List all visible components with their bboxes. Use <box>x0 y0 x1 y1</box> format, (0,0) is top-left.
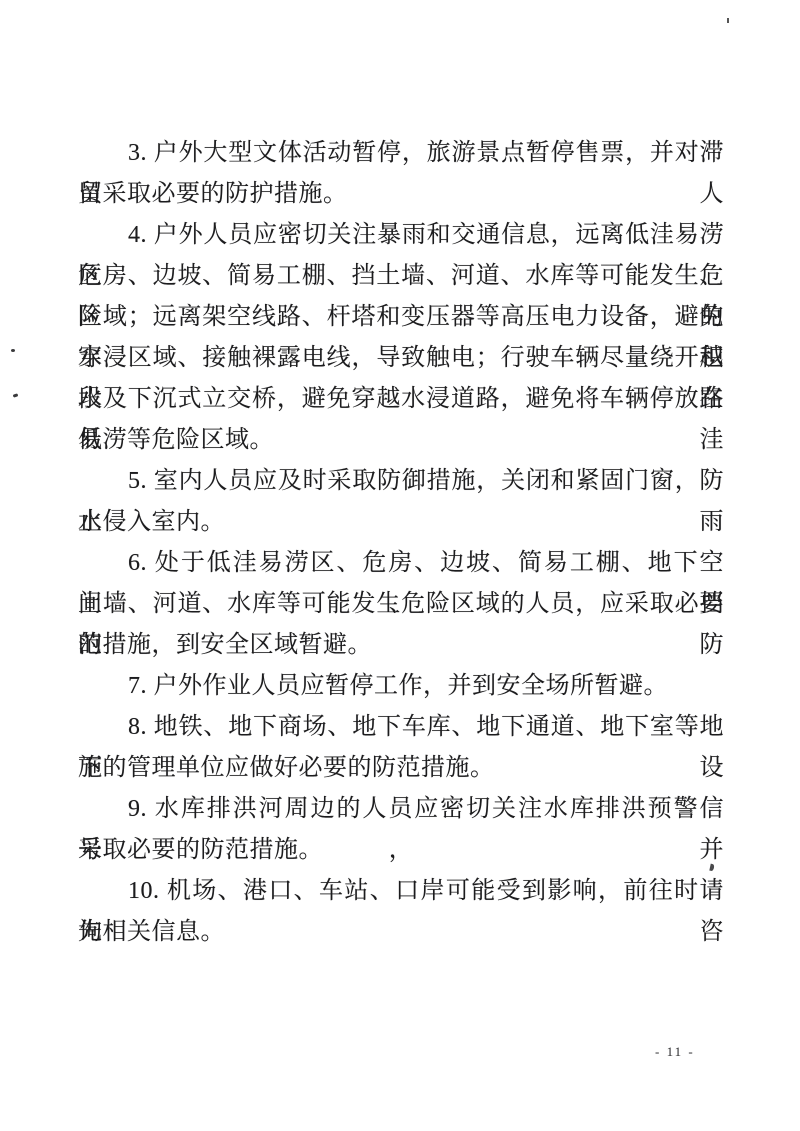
document-body: 3. 户外大型文体活动暂停，旅游景点暂停售票，并对滞留人员采取必要的防护措施。4… <box>78 133 724 953</box>
text-line: 危房、边坡、简易工棚、挡土墙、河道、水库等可能发生危险的 <box>78 256 724 297</box>
text-line: 9. 水库排洪河周边的人员应密切关注水库排洪预警信号，并 <box>78 789 724 830</box>
text-line: 5. 室内人员应及时采取防御措施，关闭和紧固门窗，防止雨 <box>78 461 724 502</box>
text-line: 10. 机场、港口、车站、口岸可能受到影响，前往时请先咨 <box>78 871 724 912</box>
page-number: - 11 - <box>655 1044 695 1060</box>
text-line: 区域；远离架空线路、杆塔和变压器等高压电力设备，避免穿越 <box>78 297 724 338</box>
scanned-page: 3. 户外大型文体活动暂停，旅游景点暂停售票，并对滞留人员采取必要的防护措施。4… <box>0 0 800 1131</box>
scan-speck <box>727 18 729 23</box>
text-line: 3. 户外大型文体活动暂停，旅游景点暂停售票，并对滞留人 <box>78 133 724 174</box>
text-line: 7. 户外作业人员应暂停工作，并到安全场所暂避。 <box>78 666 724 707</box>
scan-speck <box>11 349 15 352</box>
text-line: 土墙、河道、水库等可能发生危险区域的人员，应采取必要的防 <box>78 584 724 625</box>
text-line: 段及下沉式立交桥，避免穿越水浸道路，避免将车辆停放在低洼 <box>78 379 724 420</box>
text-line: 8. 地铁、地下商场、地下车库、地下通道、地下室等地下设 <box>78 707 724 748</box>
text-line: 水浸区域、接触裸露电线，导致触电；行驶车辆尽量绕开积水路 <box>78 338 724 379</box>
text-line: 4. 户外人员应密切关注暴雨和交通信息，远离低洼易涝区、 <box>78 215 724 256</box>
text-line: 6. 处于低洼易涝区、危房、边坡、简易工棚、地下空间、挡 <box>78 543 724 584</box>
scan-speck <box>13 393 19 397</box>
